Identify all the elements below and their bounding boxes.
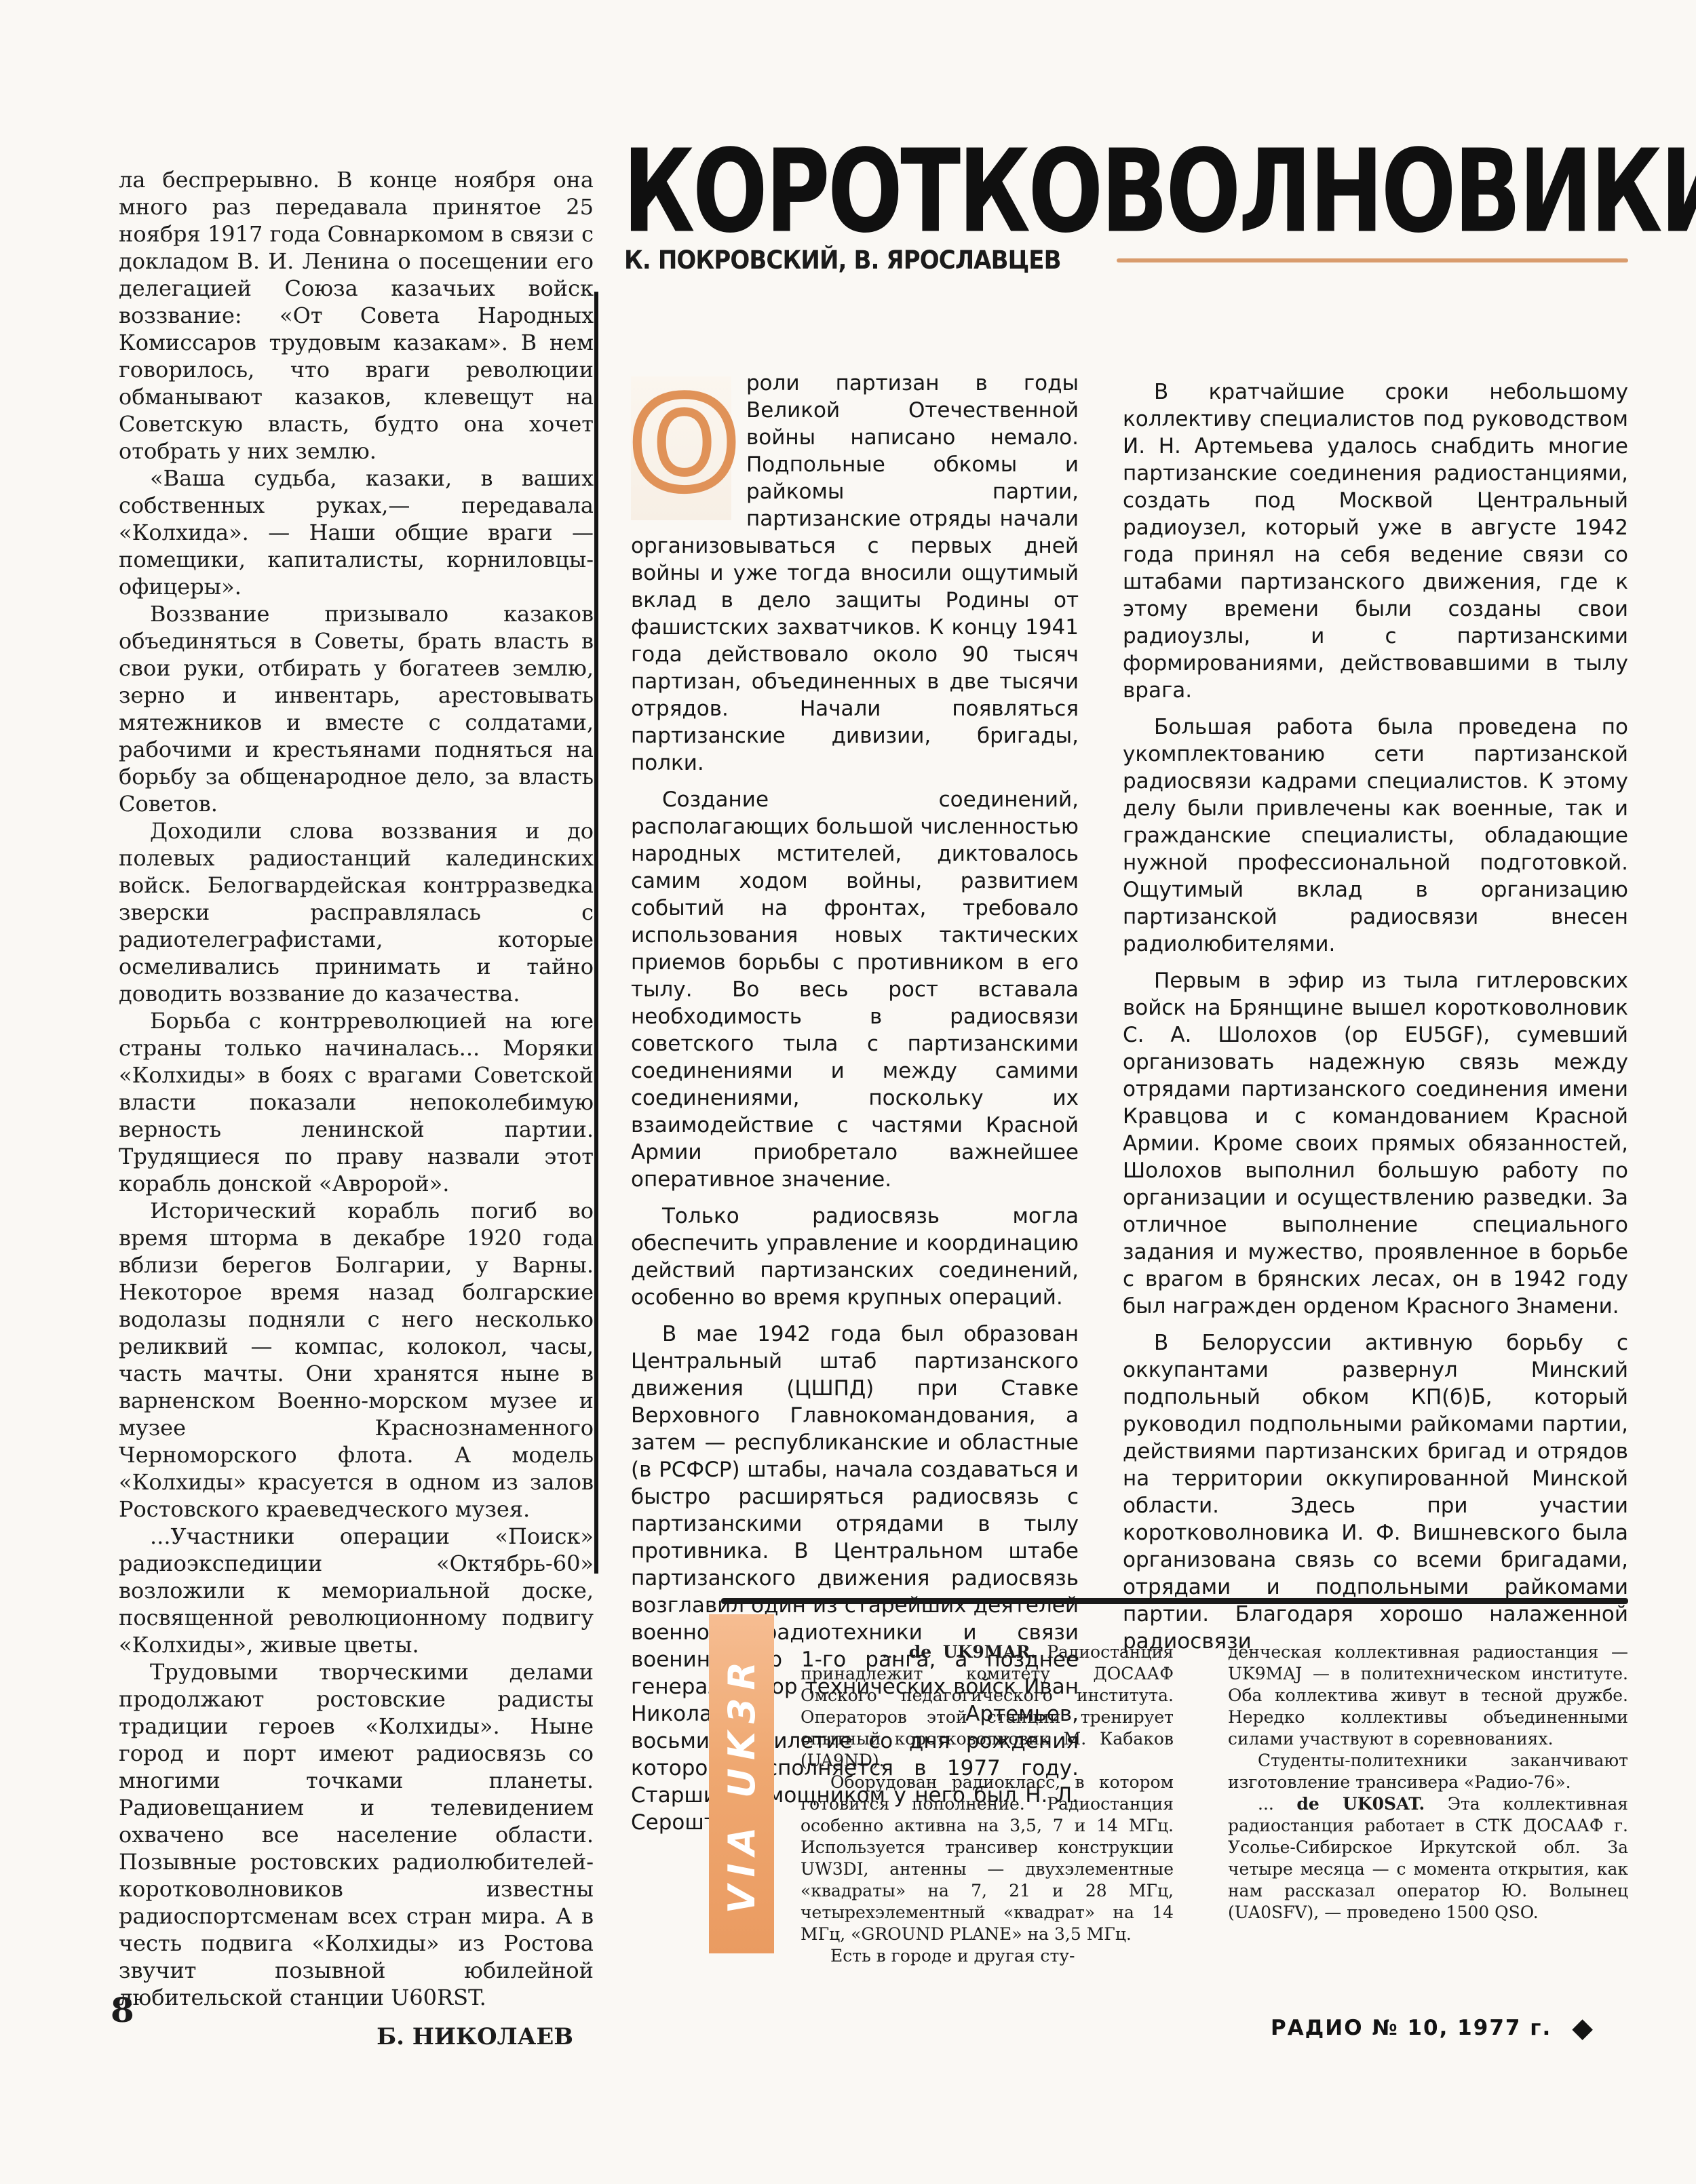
article-middle-column: О роли партизан в годы Великой Отечестве… — [631, 370, 1079, 1846]
via-col2-paragraph: денческая коллективная радиостанция — UK… — [1228, 1641, 1628, 1750]
via-col1-paragraph: Есть в городе и другая сту- — [801, 1945, 1174, 1967]
via-col1-paragraph: Оборудован радиокласс, в котором готовит… — [801, 1772, 1174, 1945]
via-uk3r-label: VIA UK3R — [720, 1654, 763, 1913]
via-col2-callsign: de UK0SAT. — [1296, 1794, 1425, 1814]
via-col2-lead: ... — [1258, 1794, 1274, 1814]
via-section-top-rule — [721, 1598, 1628, 1604]
paragraph: Трудовыми творческими делами продолжают … — [119, 1658, 594, 2011]
paragraph: ...Участники операции «Поиск» радиоэкспе… — [119, 1523, 594, 1658]
paragraph: В кратчайшие сроки небольшому коллективу… — [1123, 378, 1628, 704]
magazine-page: ла беспрерывно. В конце ноября она много… — [0, 0, 1696, 2184]
left-article-paragraphs: ла беспрерывно. В конце ноября она много… — [119, 166, 594, 2011]
via-col1-callsign: de UK9MAR. — [909, 1642, 1037, 1662]
paragraph: Большая работа была проведена по укомпле… — [1123, 714, 1628, 958]
via-col1-intro: ... de UK9MAR. Радиостанция принадлежит … — [801, 1641, 1174, 1772]
first-paragraph: О роли партизан в годы Великой Отечестве… — [631, 370, 1079, 777]
paragraph: Только радиосвязь могла обеспечить управ… — [631, 1203, 1079, 1311]
via-col2-intro: ... de UK0SAT. Эта коллективная радиоста… — [1228, 1793, 1628, 1924]
paragraph: «Ваша судьба, казаки, в ваших собственны… — [119, 465, 594, 600]
paragraph: Борьба с контрреволюцией на юге страны т… — [119, 1007, 594, 1197]
paragraph: В Белоруссии активную борьбу с оккупанта… — [1123, 1329, 1628, 1655]
column-divider-rule — [594, 292, 598, 1574]
footer-text: РАДИО № 10, 1977 г. — [1271, 2016, 1552, 2040]
via-col2-paragraph: Студенты-политехники заканчивают изготов… — [1228, 1750, 1628, 1793]
paragraph: Доходили слова воззвания и до полевых ра… — [119, 817, 594, 1007]
via-column-1: ... de UK9MAR. Радиостанция принадлежит … — [801, 1641, 1174, 1967]
article-byline-row: К. ПОКРОВСКИЙ, В. ЯРОСЛАВЦЕВ — [624, 246, 1628, 275]
article-right-column: В кратчайшие сроки небольшому коллективу… — [1123, 378, 1628, 1664]
article-authors: К. ПОКРОВСКИЙ, В. ЯРОСЛАВЦЕВ — [624, 246, 1061, 275]
left-article-column: ла беспрерывно. В конце ноября она много… — [119, 166, 594, 2050]
paragraph: Первым в эфир из тыла гитлеровских войск… — [1123, 967, 1628, 1320]
page-number: 8 — [111, 1990, 134, 2030]
via-column-2: денческая коллективная радиостанция — UK… — [1228, 1641, 1628, 1924]
authors-rule — [1117, 258, 1628, 262]
paragraph: ла беспрерывно. В конце ноября она много… — [119, 166, 594, 465]
right-paragraphs: В кратчайшие сроки небольшому коллективу… — [1123, 378, 1628, 1655]
paragraph: Воззвание призывало казаков объединяться… — [119, 600, 594, 817]
diamond-icon: ◆ — [1572, 2014, 1594, 2042]
via-col1-lead: ... — [882, 1642, 898, 1662]
footer-journal-line: РАДИО № 10, 1977 г. ◆ — [1255, 2014, 1594, 2042]
drop-cap: О — [631, 376, 731, 520]
via-col2-intro-text: Эта коллективная радиостанция работает в… — [1228, 1794, 1628, 1922]
paragraph: Исторический корабль погиб во время штор… — [119, 1197, 594, 1523]
paragraph: Создание соединений, располагающих больш… — [631, 786, 1079, 1193]
article-title: КОРОТКОВОЛНОВИКИ — [623, 134, 1512, 249]
author-signature: Б. НИКОЛАЕВ — [119, 2023, 594, 2050]
via-uk3r-banner: VIA UK3R — [709, 1614, 774, 1953]
